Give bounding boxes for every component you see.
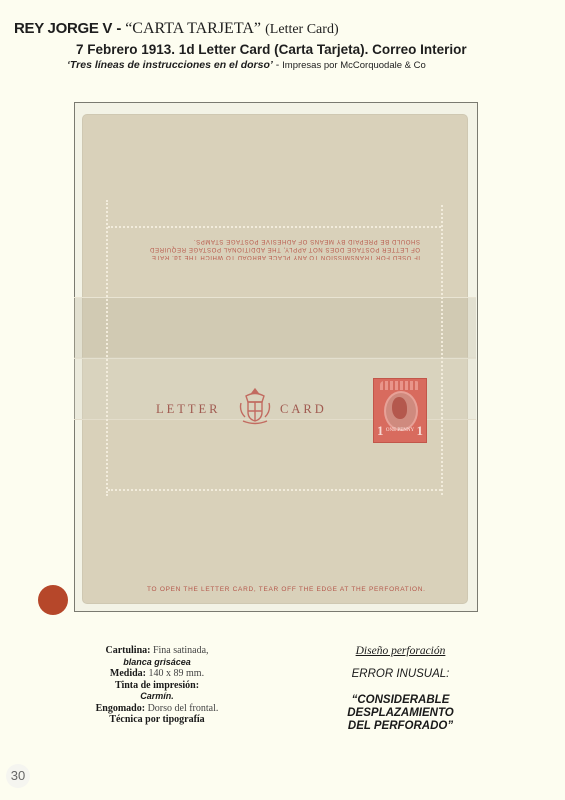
page-subtitle: 7 Febrero 1913. 1d Letter Card (Carta Ta… [76,42,467,57]
stamp-value-right: 1 [417,423,424,439]
spec-label: Engomado: [96,703,145,714]
card-word: CARD [280,402,327,417]
spec-value: Fina satinada, [153,645,209,656]
inverted-instructions: IF USED FOR TRANSMISSION TO ANY PLACE AB… [140,237,420,261]
subnote-italic: ‘Tres líneas de instrucciones en el dors… [67,59,273,71]
spec-technique: Técnica por tipografía [109,714,204,725]
page-title: REY JORGE V - “CARTA TARJETA” (Letter Ca… [14,20,339,38]
color-dot [38,585,68,615]
instruction-line: OF LETTER POSTAGE DOES NOT APPLY, THE AD… [140,245,420,253]
instruction-line: IF USED FOR TRANSMISSION TO ANY PLACE AB… [140,253,420,261]
notes-title: Diseño perforación [318,645,483,657]
imprinted-stamp: 1 1 ONE PENNY [373,378,427,443]
title-main: REY JORGE V [14,20,112,37]
stamp-crown [380,381,420,390]
subnote-printer: Impresas por McCorquodale & Co [282,60,426,71]
fold-band-upper [74,297,476,359]
spec-value: Carmín. [82,691,232,703]
tear-instructions: TO OPEN THE LETTER CARD, TEAR OFF THE ED… [147,586,426,593]
notes-line: “CONSIDERABLE [318,694,483,707]
spec-label: Tinta de impresión: [115,680,199,691]
perforation-top [108,226,441,228]
error-notes: Diseño perforación ERROR INUSUAL: “CONSI… [318,645,483,733]
notes-error: ERROR INUSUAL: [318,668,483,680]
notes-line: DEL PERFORADO” [318,720,483,733]
spec-label: Medida: [110,668,146,679]
perforation-right [441,205,443,495]
page-number: 30 [6,764,30,788]
perforation-left [106,200,108,496]
perforation-bottom [108,489,441,491]
spec-label: Cartulina: [105,645,150,656]
king-portrait-icon [392,397,407,419]
notes-description: “CONSIDERABLE DESPLAZAMIENTO DEL PERFORA… [318,694,483,733]
notes-line: DESPLAZAMIENTO [318,707,483,720]
title-quote: “CARTA TARJETA” [125,20,261,37]
spec-value: blanca grisácea [82,657,232,669]
page-subnote: ‘Tres líneas de instrucciones en el dors… [67,59,426,71]
royal-arms-icon [237,387,273,425]
instruction-line: SHOULD BE PREPAID BY MEANS OF ADHESIVE P… [140,237,420,245]
stamp-value-left: 1 [377,423,384,439]
title-separator: - [116,20,121,37]
spec-value: 140 x 89 mm. [149,668,205,679]
title-paren: (Letter Card) [265,22,338,37]
subnote-separator: - [273,59,282,71]
specifications: Cartulina: Fina satinada, blanca grisáce… [82,645,232,726]
stamp-value-text: ONE PENNY [385,428,415,433]
letter-word: LETTER [156,402,221,417]
spec-value: Dorso del frontal. [148,703,219,714]
